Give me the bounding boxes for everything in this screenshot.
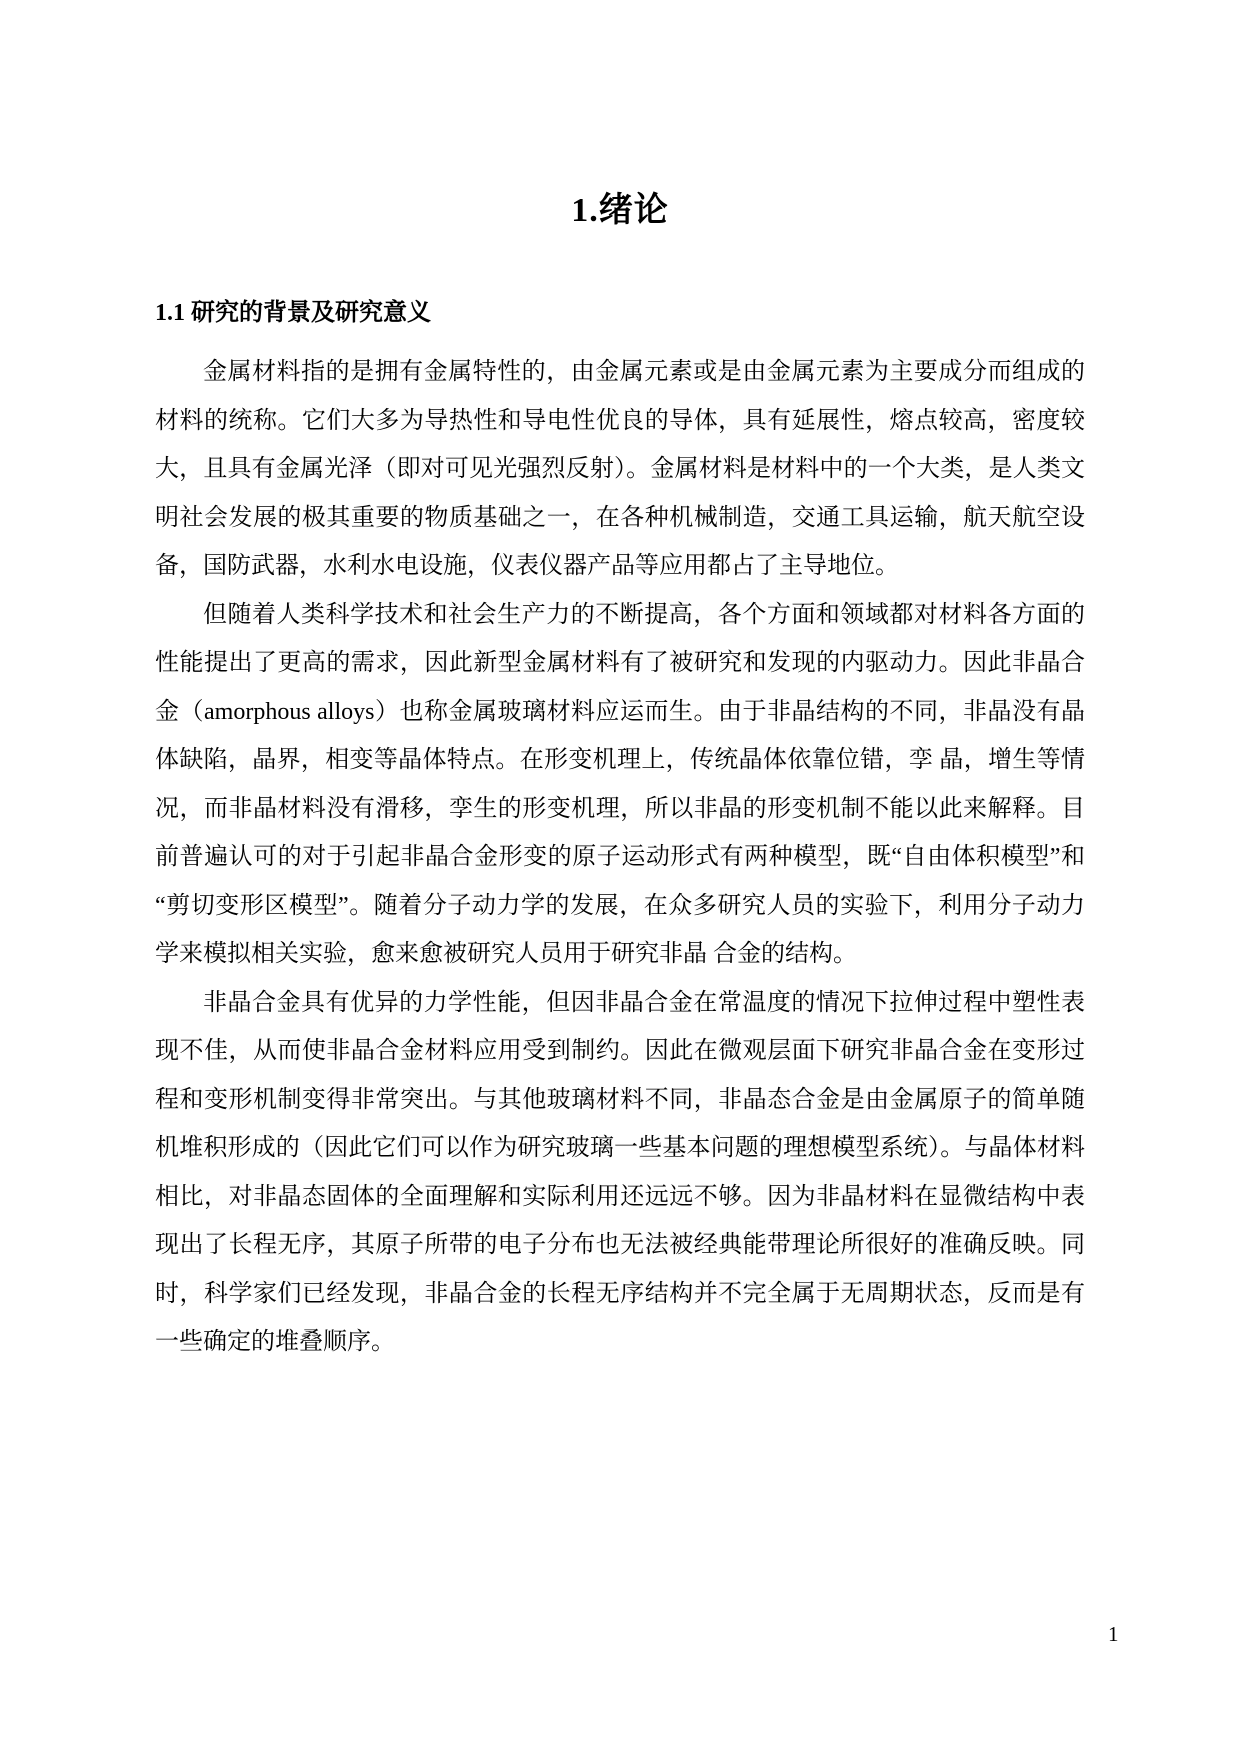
page-number: 1 — [1108, 1620, 1119, 1648]
chapter-title: 1.绪论 — [155, 0, 1085, 234]
paragraph-2: 但随着人类科学技术和社会生产力的不断提高，各个方面和领域都对材料各方面的性能提出… — [155, 591, 1085, 979]
body-text: 金属材料指的是拥有金属特性的，由金属元素或是由金属元素为主要成分而组成的材料的统… — [155, 348, 1085, 1367]
section-heading: 1.1 研究的背景及研究意义 — [155, 296, 1085, 330]
document-content: 1.绪论 1.1 研究的背景及研究意义 金属材料指的是拥有金属特性的，由金属元素… — [155, 0, 1085, 1367]
paragraph-1: 金属材料指的是拥有金属特性的，由金属元素或是由金属元素为主要成分而组成的材料的统… — [155, 348, 1085, 591]
paragraph-3: 非晶合金具有优异的力学性能，但因非晶合金在常温度的情况下拉伸过程中塑性表现不佳，… — [155, 979, 1085, 1367]
document-page: 1.绪论 1.1 研究的背景及研究意义 金属材料指的是拥有金属特性的，由金属元素… — [0, 0, 1240, 1754]
